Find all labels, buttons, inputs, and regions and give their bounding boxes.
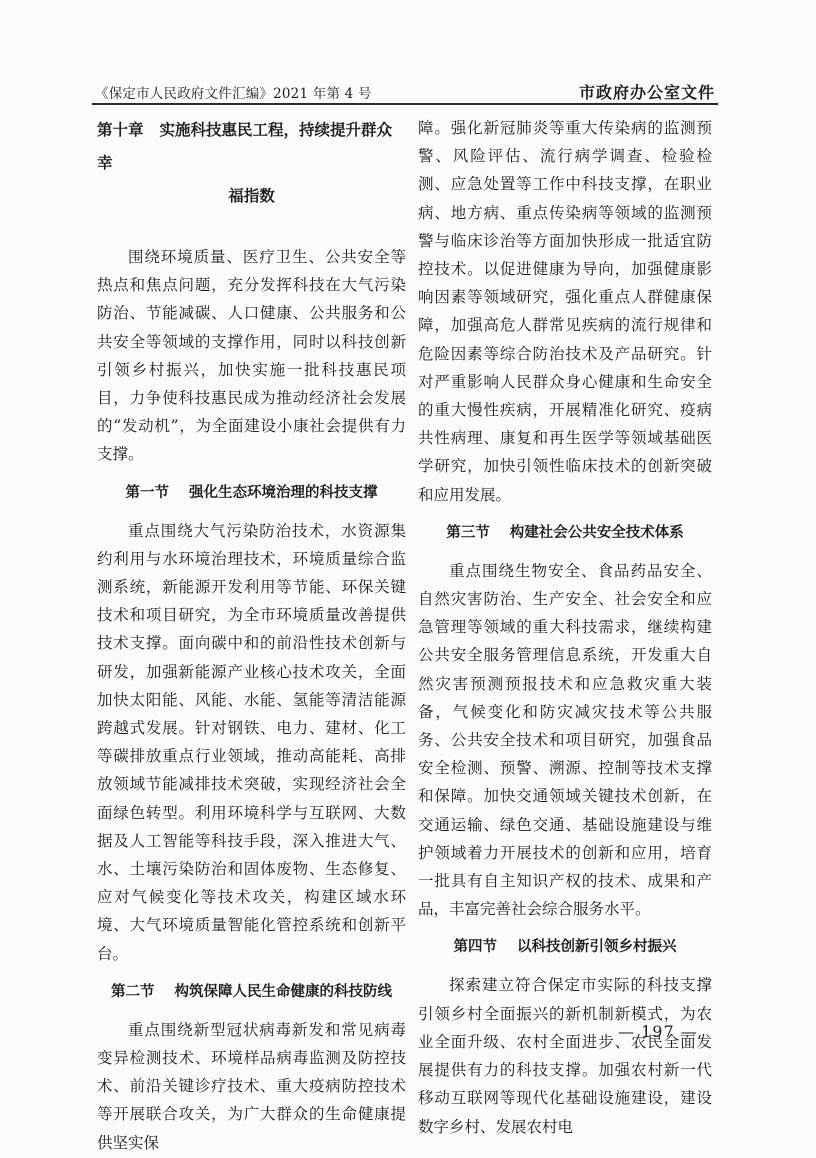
chapter-intro-paragraph: 围绕环境质量、医疗卫生、公共安全等热点和焦点问题，充分发挥科技在大气污染防治、节… [97,243,406,469]
section-title: 以科技创新引领乡村振兴 [517,939,677,955]
section-2-paragraph-continued: 障。强化新冠肺炎等重大传染病的监测预警、风险评估、流行病学调查、检验检测、应急处… [418,114,712,509]
section-title: 构建社会公共安全技术体系 [510,525,684,541]
section-1-heading: 第一节强化生态环境治理的科技支撑 [97,479,406,507]
chapter-heading: 第十章实施科技惠民工程，持续提升群众幸 福指数 [97,114,406,213]
right-column: 障。强化新冠肺炎等重大传染病的监测预警、风险评估、流行病学调查、检验检测、应急处… [418,114,712,1141]
section-2-paragraph-start: 重点围绕新型冠状病毒新发和常见病毒变异检测技术、环境样品病毒监测及防控技术、前沿… [97,1016,406,1157]
section-number: 第四节 [454,939,498,955]
document-category: 市政府办公室文件 [579,80,715,103]
left-column: 第十章实施科技惠民工程，持续提升群众幸 福指数 围绕环境质量、医疗卫生、公共安全… [97,114,406,1157]
section-4-heading: 第四节以科技创新引领乡村振兴 [418,933,712,961]
chapter-title-line2: 福指数 [97,180,406,213]
section-number: 第三节 [446,525,490,541]
section-3-paragraph: 重点围绕生物安全、食品药品安全、自然灾害防治、生产安全、社会安全和应急管理等领域… [418,557,712,924]
header-rule [92,103,718,105]
section-title: 强化生态环境治理的科技支撑 [189,485,378,501]
section-number: 第二节 [111,984,155,1000]
page-number: — 197 — [618,1022,698,1041]
section-2-heading: 第二节构筑保障人民生命健康的科技防线 [97,978,406,1006]
running-header: 《保定市人民政府文件汇编》2021 年第 4 号 市政府办公室文件 [95,80,715,102]
section-number: 第一节 [126,485,170,501]
chapter-number: 第十章 [97,121,144,139]
section-title: 构筑保障人民生命健康的科技防线 [175,984,393,1000]
section-3-heading: 第三节构建社会公共安全技术体系 [418,519,712,547]
section-4-paragraph: 探索建立符合保定市实际的科技支撑引领乡村全面振兴的新机制新模式，为农业全面升级、… [418,971,712,1140]
publication-title: 《保定市人民政府文件汇编》2021 年第 4 号 [95,82,372,102]
section-1-paragraph: 重点围绕大气污染防治技术，水资源集约利用与水环境治理技术，环境质量综合监测系统，… [97,517,406,968]
